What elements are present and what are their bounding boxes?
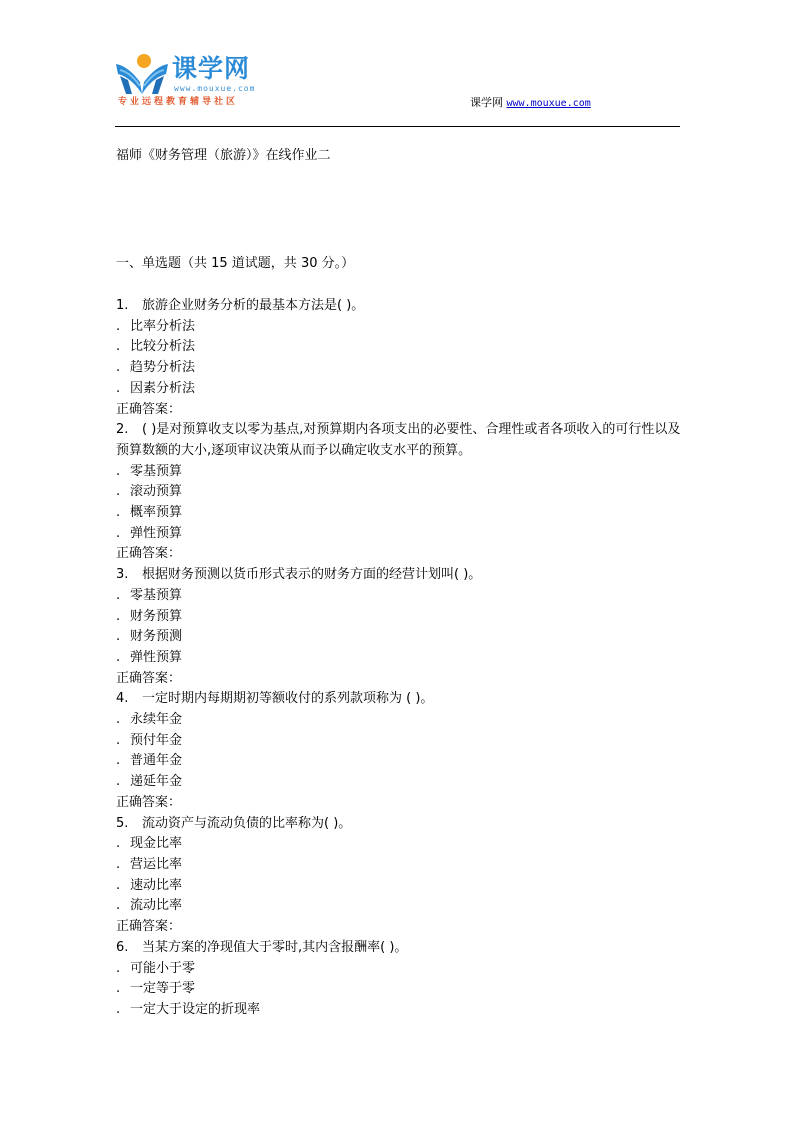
question-3: 3.根据财务预测以货币形式表示的财务方面的经营计划叫( )。 .零基预算 .财务…	[116, 565, 682, 689]
question-number: 5.	[116, 814, 142, 835]
question-stem: 3.根据财务预测以货币形式表示的财务方面的经营计划叫( )。	[116, 565, 682, 586]
question-4: 4.一定时期内每期期初等额收付的系列款项称为 ( )。 .永续年金 .预付年金 …	[116, 689, 682, 813]
question-text: 一定时期内每期期初等额收付的系列款项称为 ( )。	[142, 691, 433, 706]
answer-label: 正确答案：	[116, 544, 682, 565]
option-d[interactable]: .流动比率	[116, 896, 682, 917]
site-link[interactable]: www.mouxue.com	[507, 98, 591, 109]
bullet-dot-icon: .	[116, 855, 130, 876]
option-a[interactable]: .零基预算	[116, 586, 682, 607]
question-number: 4.	[116, 689, 142, 710]
option-a[interactable]: .现金比率	[116, 834, 682, 855]
option-d[interactable]: .弹性预算	[116, 524, 682, 545]
bullet-dot-icon: .	[116, 358, 130, 379]
question-1: 1.旅游企业财务分析的最基本方法是( )。 .比率分析法 .比较分析法 .趋势分…	[116, 296, 682, 420]
question-stem: 1.旅游企业财务分析的最基本方法是( )。	[116, 296, 682, 317]
bullet-dot-icon: .	[116, 524, 130, 545]
answer-label: 正确答案：	[116, 793, 682, 814]
option-c[interactable]: .财务预测	[116, 627, 682, 648]
question-list: 1.旅游企业财务分析的最基本方法是( )。 .比率分析法 .比较分析法 .趋势分…	[116, 296, 682, 1021]
bullet-dot-icon: .	[116, 607, 130, 628]
bullet-dot-icon: .	[116, 751, 130, 772]
option-c[interactable]: .趋势分析法	[116, 358, 682, 379]
answer-label: 正确答案：	[116, 669, 682, 690]
section-title: 一、单选题（共 15 道试题，共 30 分。）	[116, 256, 354, 272]
logo-name: 课学网	[172, 55, 250, 83]
question-number: 1.	[116, 296, 142, 317]
option-b[interactable]: .一定等于零	[116, 979, 682, 1000]
option-c[interactable]: .一定大于设定的折现率	[116, 1000, 682, 1021]
option-c[interactable]: .概率预算	[116, 503, 682, 524]
option-b[interactable]: .滚动预算	[116, 482, 682, 503]
header-divider	[115, 126, 680, 127]
bullet-dot-icon: .	[116, 379, 130, 400]
option-b[interactable]: .营运比率	[116, 855, 682, 876]
logo-url: www.mouxue.com	[174, 84, 255, 94]
option-c[interactable]: .速动比率	[116, 876, 682, 897]
option-a[interactable]: .零基预算	[116, 462, 682, 483]
header-site-info: 课学网 www.mouxue.com	[470, 96, 591, 111]
bullet-dot-icon: .	[116, 979, 130, 1000]
answer-label: 正确答案：	[116, 917, 682, 938]
option-a[interactable]: .永续年金	[116, 710, 682, 731]
bullet-dot-icon: .	[116, 959, 130, 980]
site-label: 课学网	[470, 96, 503, 109]
option-b[interactable]: .比较分析法	[116, 337, 682, 358]
question-6: 6.当某方案的净现值大于零时,其内含报酬率( )。 .可能小于零 .一定等于零 …	[116, 938, 682, 1021]
option-d[interactable]: .递延年金	[116, 772, 682, 793]
bullet-dot-icon: .	[116, 772, 130, 793]
question-5: 5.流动资产与流动负债的比率称为( )。 .现金比率 .营运比率 .速动比率 .…	[116, 814, 682, 938]
document-title: 福师《财务管理（旅游）》在线作业二	[116, 148, 331, 164]
question-text: 当某方案的净现值大于零时,其内含报酬率( )。	[142, 940, 407, 955]
question-text: 根据财务预测以货币形式表示的财务方面的经营计划叫( )。	[142, 567, 481, 582]
answer-label: 正确答案：	[116, 400, 682, 421]
option-d[interactable]: .因素分析法	[116, 379, 682, 400]
option-b[interactable]: .财务预算	[116, 607, 682, 628]
question-stem: 6.当某方案的净现值大于零时,其内含报酬率( )。	[116, 938, 682, 959]
question-text: 流动资产与流动负债的比率称为( )。	[142, 816, 351, 831]
logo-tagline: 专业远程教育辅导社区	[118, 96, 238, 108]
question-number: 6.	[116, 938, 142, 959]
option-a[interactable]: .比率分析法	[116, 317, 682, 338]
bullet-dot-icon: .	[116, 627, 130, 648]
bullet-dot-icon: .	[116, 586, 130, 607]
site-logo[interactable]: 课学网 www.mouxue.com 专业远程教育辅导社区	[114, 52, 274, 110]
bullet-dot-icon: .	[116, 834, 130, 855]
question-number: 3.	[116, 565, 142, 586]
document-page: 课学网 www.mouxue.com 专业远程教育辅导社区 课学网 www.mo…	[0, 0, 794, 1123]
question-stem: 4.一定时期内每期期初等额收付的系列款项称为 ( )。	[116, 689, 682, 710]
question-2: 2.( )是对预算收支以零为基点,对预算期内各项支出的必要性、合理性或者各项收入…	[116, 420, 682, 565]
question-stem: 2.( )是对预算收支以零为基点,对预算期内各项支出的必要性、合理性或者各项收入…	[116, 420, 682, 461]
bullet-dot-icon: .	[116, 876, 130, 897]
bullet-dot-icon: .	[116, 317, 130, 338]
bullet-dot-icon: .	[116, 482, 130, 503]
bullet-dot-icon: .	[116, 896, 130, 917]
question-stem: 5.流动资产与流动负债的比率称为( )。	[116, 814, 682, 835]
question-text: 旅游企业财务分析的最基本方法是( )。	[142, 298, 364, 313]
bullet-dot-icon: .	[116, 648, 130, 669]
question-number: 2.	[116, 420, 142, 441]
bullet-dot-icon: .	[116, 1000, 130, 1021]
option-c[interactable]: .普通年金	[116, 751, 682, 772]
option-b[interactable]: .预付年金	[116, 731, 682, 752]
bullet-dot-icon: .	[116, 710, 130, 731]
bullet-dot-icon: .	[116, 337, 130, 358]
option-d[interactable]: .弹性预算	[116, 648, 682, 669]
bullet-dot-icon: .	[116, 503, 130, 524]
bullet-dot-icon: .	[116, 731, 130, 752]
question-text: ( )是对预算收支以零为基点,对预算期内各项支出的必要性、合理性或者各项收入的可…	[116, 422, 680, 458]
option-a[interactable]: .可能小于零	[116, 959, 682, 980]
bullet-dot-icon: .	[116, 462, 130, 483]
open-book-sun-icon	[114, 52, 170, 96]
